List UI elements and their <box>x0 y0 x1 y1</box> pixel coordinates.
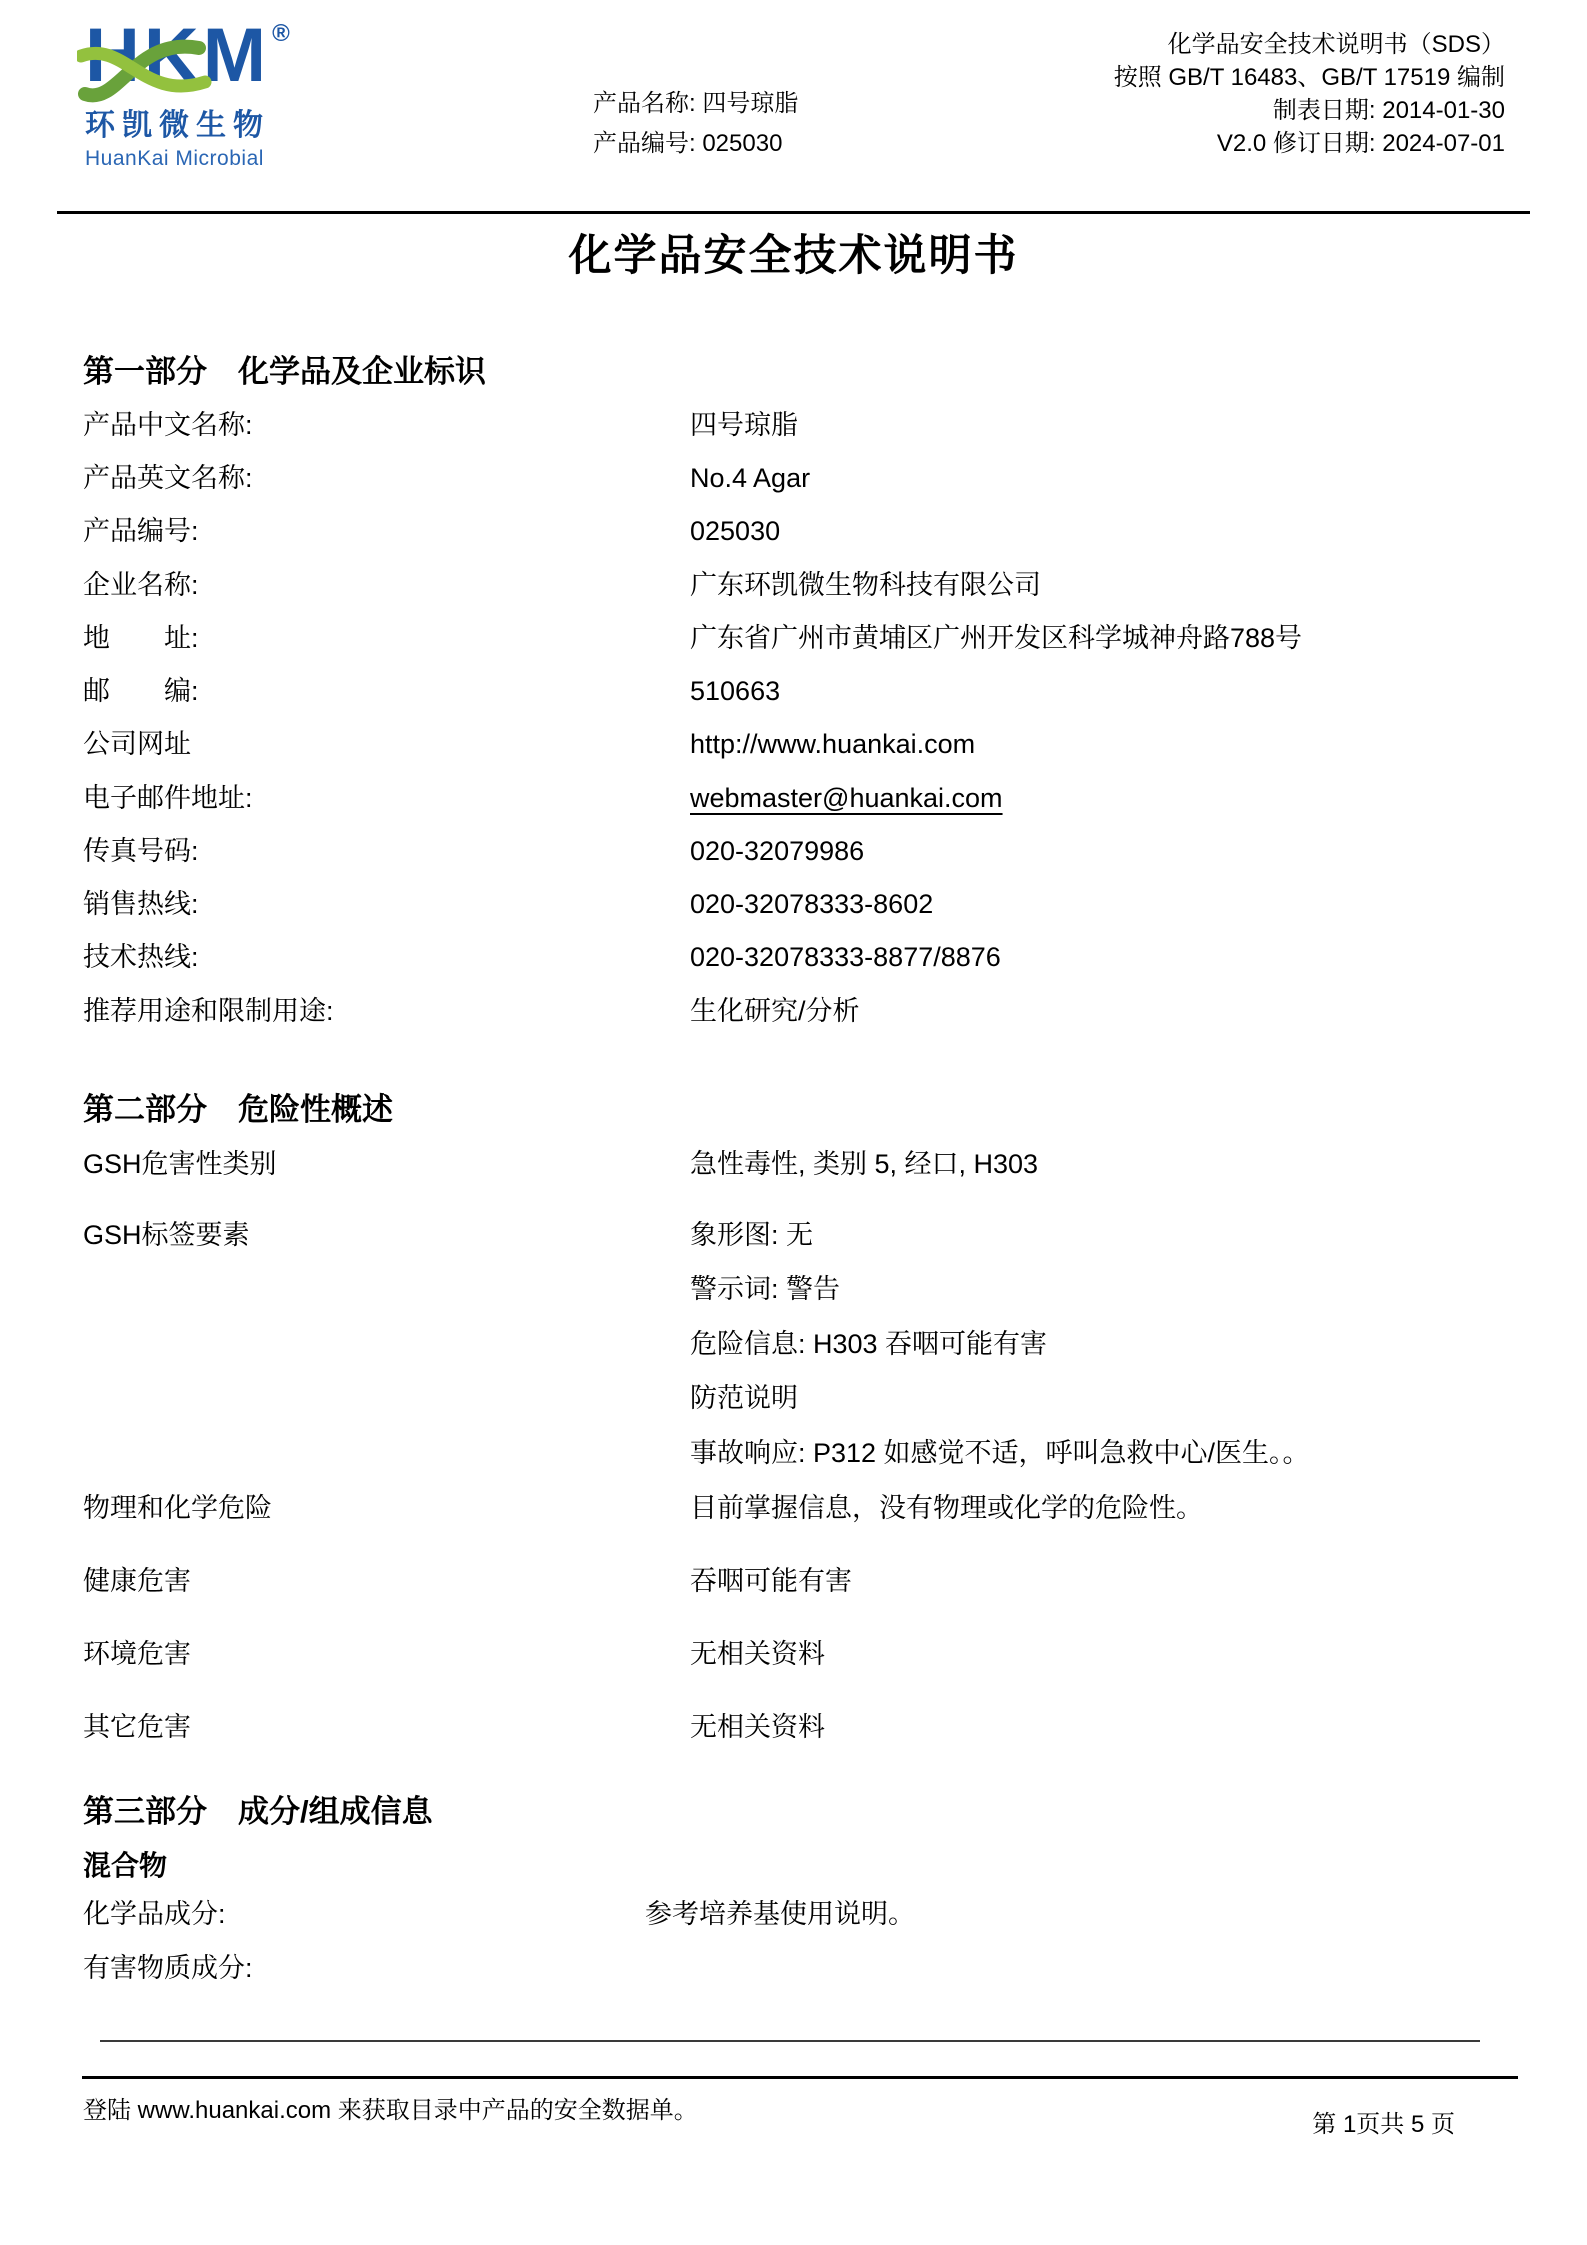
field-label: 企业名称: <box>83 568 199 602</box>
header-doc-info-block: 化学品安全技术说明书（SDS） 按照 GB/T 16483、GB/T 17519… <box>1114 28 1505 160</box>
field-label: 公司网址 <box>83 727 191 761</box>
header-product-name: 产品名称: 四号琼脂 <box>593 84 798 124</box>
header-standard: 按照 GB/T 16483、GB/T 17519 编制 <box>1114 61 1505 94</box>
field-value: 广东环凯微生物科技有限公司 <box>690 568 1041 602</box>
section3-heading: 第三部分 成分/组成信息 <box>83 1786 433 1831</box>
field-label: 技术热线: <box>83 940 199 974</box>
field-value: 急性毒性, 类别 5, 经口, H303 <box>690 1147 1038 1181</box>
field-value: 广东省广州市黄埔区广州开发区科学城神舟路788号 <box>690 621 1302 655</box>
footer-divider <box>82 2076 1518 2079</box>
section1-heading: 第一部分 化学品及企业标识 <box>83 346 486 391</box>
field-value: 事故响应: P312 如感觉不适，呼叫急救中心/医生。。 <box>690 1436 1310 1470</box>
field-label: 销售热线: <box>83 887 199 921</box>
field-label: 邮 编: <box>83 674 199 708</box>
mixture-subheading: 混合物 <box>83 1844 167 1884</box>
field-value: 020-32079986 <box>690 834 864 868</box>
field-value: 020-32078333-8602 <box>690 887 933 921</box>
field-value: 无相关资料 <box>690 1637 825 1671</box>
field-value: 生化研究/分析 <box>690 994 860 1028</box>
logo-english-name: HuanKai Microbial <box>85 147 405 171</box>
header-product-code: 产品编号: 025030 <box>593 124 798 164</box>
field-value: 025030 <box>690 514 780 548</box>
header-revision-date: V2.0 修订日期: 2024-07-01 <box>1114 127 1505 160</box>
company-logo: HKM® 环凯微生物 HuanKai Microbial <box>85 14 405 171</box>
field-value: 目前掌握信息，没有物理或化学的危险性。 <box>690 1491 1203 1525</box>
field-label: 物理和化学危险 <box>83 1491 272 1525</box>
footer-note: 登陆 www.huankai.com 来获取目录中产品的安全数据单。 <box>83 2090 698 2125</box>
field-value: 四号琼脂 <box>690 408 798 442</box>
field-label: 产品英文名称: <box>83 461 253 495</box>
email-link[interactable]: webmaster@huankai.com <box>690 781 1003 815</box>
field-value: 无相关资料 <box>690 1710 825 1744</box>
field-value: 020-32078333-8877/8876 <box>690 940 1001 974</box>
field-value: 危险信息: H303 吞咽可能有害 <box>690 1327 1047 1361</box>
header-divider <box>57 211 1530 214</box>
registered-trademark-icon: ® <box>272 20 290 47</box>
field-label: GSH标签要素 <box>83 1218 250 1252</box>
field-value: 参考培养基使用说明。 <box>645 1897 915 1931</box>
field-label: 环境危害 <box>83 1637 191 1671</box>
document-title: 化学品安全技术说明书 <box>0 222 1587 283</box>
field-label: 地 址: <box>83 621 199 655</box>
field-label: 推荐用途和限制用途: <box>83 994 334 1028</box>
field-label: 化学品成分: <box>83 1897 226 1931</box>
field-label: 有害物质成分: <box>83 1951 253 1985</box>
logo-chinese-name: 环凯微生物 <box>85 100 405 144</box>
field-value: 防范说明 <box>690 1381 798 1415</box>
field-value: 510663 <box>690 674 780 708</box>
logo-hkm-text: HKM <box>85 13 270 98</box>
logo-brand-wrap: HKM® <box>85 14 405 102</box>
content-bottom-divider <box>100 2040 1480 2042</box>
field-label: GSH危害性类别 <box>83 1147 277 1181</box>
field-label: 产品编号: <box>83 514 199 548</box>
sds-document-page: HKM® 环凯微生物 HuanKai Microbial 产品名称: 四号琼脂 … <box>0 0 1587 2245</box>
field-value: No.4 Agar <box>690 461 810 495</box>
field-label: 其它危害 <box>83 1710 191 1744</box>
header-product-block: 产品名称: 四号琼脂 产品编号: 025030 <box>593 84 798 164</box>
field-label: 产品中文名称: <box>83 408 253 442</box>
field-label: 传真号码: <box>83 834 199 868</box>
section2-heading: 第二部分 危险性概述 <box>83 1084 393 1129</box>
header-doc-type: 化学品安全技术说明书（SDS） <box>1114 28 1505 61</box>
field-label: 健康危害 <box>83 1564 191 1598</box>
website-url: http://www.huankai.com <box>690 727 975 761</box>
field-value: 象形图: 无 <box>690 1218 813 1252</box>
header-created-date: 制表日期: 2014-01-30 <box>1114 94 1505 127</box>
field-label: 电子邮件地址: <box>83 781 253 815</box>
page-number: 第 1页共 5 页 <box>1312 2104 1455 2139</box>
field-value: 警示词: 警告 <box>690 1272 840 1306</box>
field-value: 吞咽可能有害 <box>690 1564 852 1598</box>
